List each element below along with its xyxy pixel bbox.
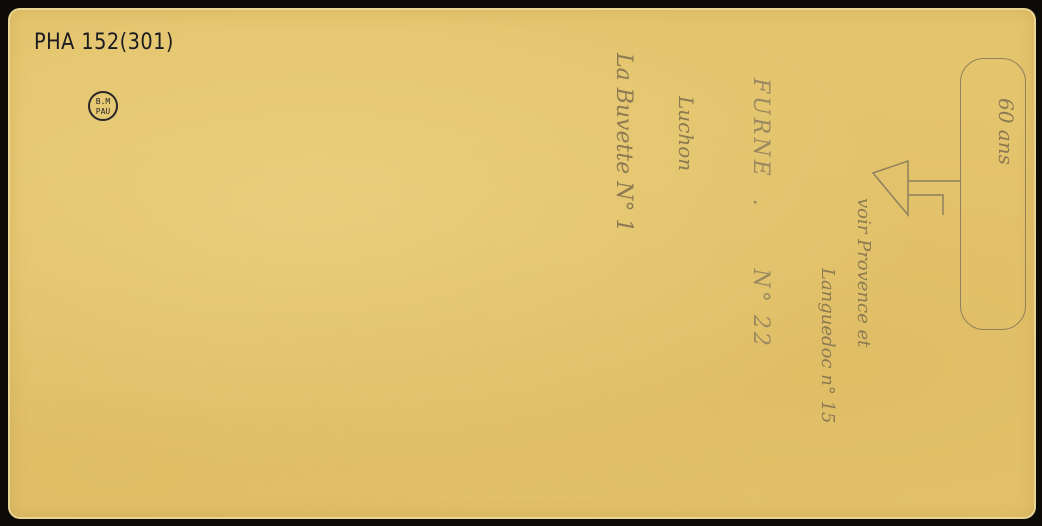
library-stamp: B.M PAU bbox=[88, 91, 118, 121]
annotation-place: Luchon bbox=[674, 96, 698, 171]
arrow-icon bbox=[868, 153, 968, 233]
inventory-number: PHA 152(301) bbox=[34, 30, 174, 55]
card-back: PHA 152(301) B.M PAU FURNE . N° 22 Lucho… bbox=[8, 8, 1036, 519]
annotation-photographer: FURNE . N° 22 bbox=[748, 78, 773, 349]
annotation-reference-2: Languedoc n° 15 bbox=[817, 268, 838, 423]
annotation-boxed-note: 60 ans bbox=[994, 98, 1018, 165]
annotation-title: La Buvette N° 1 bbox=[611, 53, 636, 232]
stamp-line2: PAU bbox=[90, 107, 116, 117]
stamp-line1: B.M bbox=[90, 97, 116, 107]
